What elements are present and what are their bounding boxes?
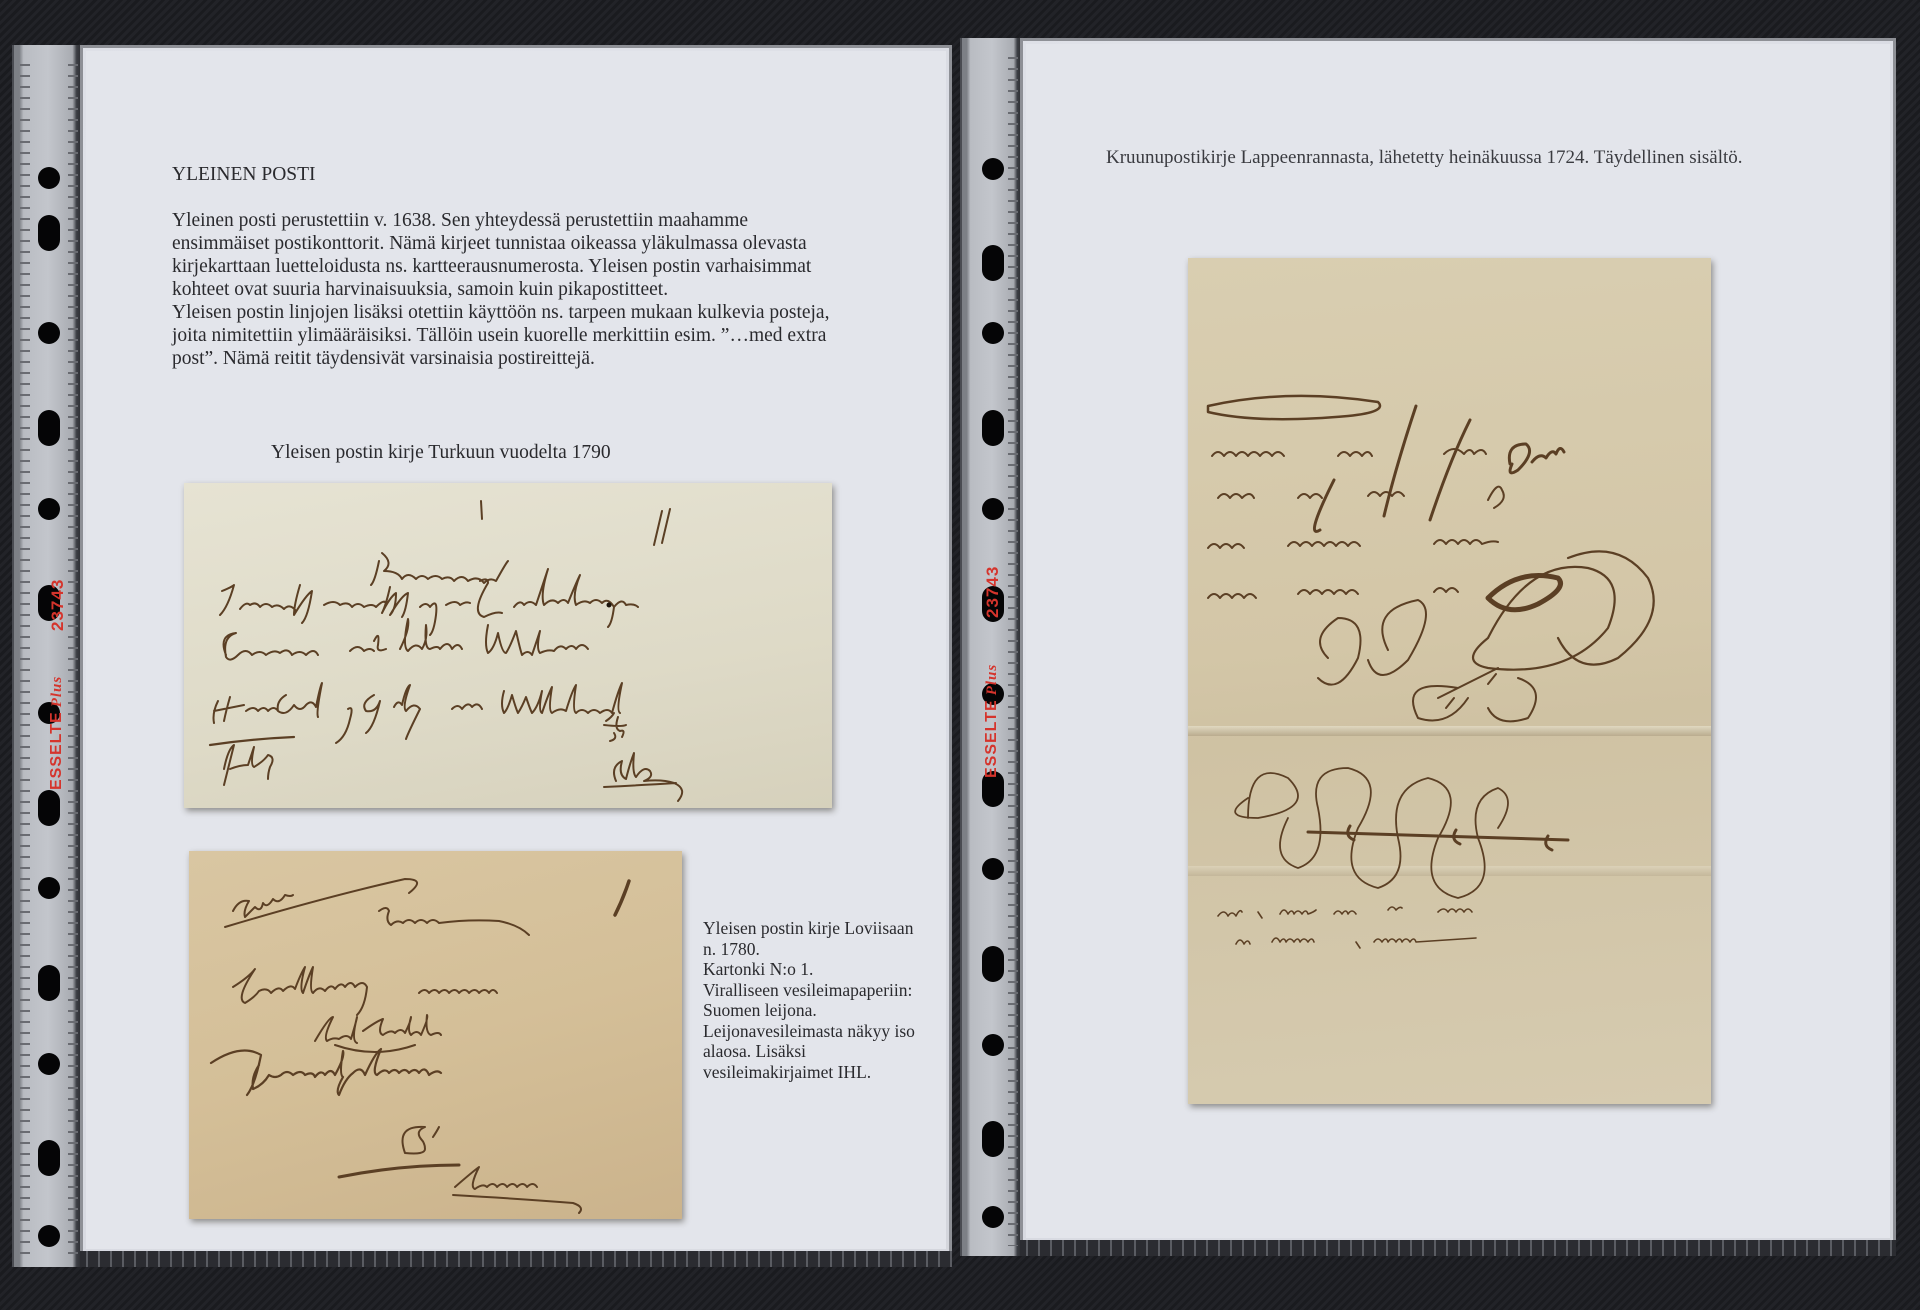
intro-paragraph: Yleinen posti perustettiin v. 1638. Sen … bbox=[172, 209, 892, 370]
punch-hole bbox=[982, 1206, 1004, 1228]
punch-hole bbox=[38, 1053, 60, 1075]
punch-hole bbox=[38, 167, 60, 189]
perforation bbox=[20, 55, 30, 1257]
intro-line: kohteet ovat suuria harvinaisuuksia, sam… bbox=[172, 278, 892, 301]
punch-hole bbox=[982, 1034, 1004, 1056]
page-paper: YLEINEN POSTI Yleinen posti perustettiin… bbox=[86, 51, 946, 1249]
handwriting-crown-letter bbox=[1188, 258, 1711, 1104]
punch-hole bbox=[982, 1121, 1004, 1157]
intro-line: ensimmäiset postikonttorit. Nämä kirjeet… bbox=[172, 232, 892, 255]
strip-brand-logo: ESSELTEPlus bbox=[983, 664, 1001, 778]
intro-line: post”. Nämä reitit täydensivät varsinais… bbox=[172, 347, 892, 370]
caption-line: Yleisen postin kirje Loviisaan bbox=[703, 918, 933, 939]
punch-hole bbox=[982, 858, 1004, 880]
turku-letter-caption: Yleisen postin kirje Turkuun vuodelta 17… bbox=[271, 441, 611, 464]
caption-line: Viralliseen vesileimapaperiin: bbox=[703, 980, 933, 1001]
handwriting-loviisa bbox=[189, 851, 682, 1219]
punch-hole bbox=[982, 158, 1004, 180]
caption-line: Kartonki N:o 1. bbox=[703, 959, 933, 980]
brand-suffix: Plus bbox=[984, 664, 1000, 696]
loviisa-letter-caption: Yleisen postin kirje Loviisaan n. 1780. … bbox=[703, 918, 933, 1082]
caption-line: alaosa. Lisäksi bbox=[703, 1041, 933, 1062]
punch-hole bbox=[38, 1225, 60, 1247]
punch-hole bbox=[38, 322, 60, 344]
punch-hole bbox=[982, 946, 1004, 982]
intro-line: Yleisen postin linjojen lisäksi otettiin… bbox=[172, 301, 892, 324]
perforation bbox=[1008, 48, 1018, 1246]
perforation bbox=[68, 55, 78, 1257]
intro-line: joita nimitettiin ylimääräisiksi. Tällöi… bbox=[172, 324, 892, 347]
punch-hole bbox=[38, 790, 60, 826]
sleeve-bottom-edge bbox=[1020, 1240, 1896, 1256]
turku-letter-image bbox=[184, 483, 832, 808]
intro-line: Yleinen posti perustettiin v. 1638. Sen … bbox=[172, 209, 892, 232]
page-heading: YLEINEN POSTI bbox=[172, 163, 316, 186]
binder-strip-right: 23743 ESSELTEPlus bbox=[960, 38, 1022, 1256]
punch-hole bbox=[38, 215, 60, 251]
brand-name: ESSELTE bbox=[48, 711, 65, 790]
left-album-page: YLEINEN POSTI Yleinen posti perustettiin… bbox=[80, 45, 952, 1267]
punch-hole bbox=[982, 410, 1004, 446]
right-sheet-protector: 23743 ESSELTEPlus Kruunupostikirje Lappe… bbox=[960, 38, 1902, 1256]
punch-hole bbox=[982, 498, 1004, 520]
brand-suffix: Plus bbox=[49, 676, 65, 708]
binder-strip-left: 23743 ESSELTEPlus bbox=[12, 45, 82, 1267]
intro-line: kirjekarttaan luetteloidusta ns. karttee… bbox=[172, 255, 892, 278]
sleeve-bottom-edge bbox=[80, 1251, 952, 1267]
page-paper: Kruunupostikirje Lappeenrannasta, lähete… bbox=[1026, 44, 1890, 1238]
punch-hole bbox=[982, 245, 1004, 281]
caption-line: vesileimakirjaimet IHL. bbox=[703, 1062, 933, 1083]
handwriting-turku bbox=[184, 483, 832, 808]
strip-number: 23743 bbox=[48, 579, 68, 631]
crown-post-letter-image bbox=[1188, 258, 1711, 1104]
caption-line: Leijonavesileimasta näkyy iso bbox=[703, 1021, 933, 1042]
punch-hole bbox=[38, 877, 60, 899]
punch-hole bbox=[38, 498, 60, 520]
right-page-title: Kruunupostikirje Lappeenrannasta, lähete… bbox=[1106, 146, 1743, 169]
strip-brand-logo: ESSELTEPlus bbox=[48, 676, 66, 790]
right-album-page: Kruunupostikirje Lappeenrannasta, lähete… bbox=[1020, 38, 1896, 1256]
loviisa-letter-image bbox=[189, 851, 682, 1219]
punch-hole bbox=[38, 1140, 60, 1176]
punch-hole bbox=[38, 410, 60, 446]
caption-line: n. 1780. bbox=[703, 939, 933, 960]
punch-hole bbox=[38, 965, 60, 1001]
caption-line: Suomen leijona. bbox=[703, 1000, 933, 1021]
strip-number: 23743 bbox=[983, 566, 1003, 618]
punch-hole bbox=[982, 322, 1004, 344]
brand-name: ESSELTE bbox=[983, 699, 1000, 778]
left-sheet-protector: 23743 ESSELTEPlus YLEINEN POSTI Yleinen … bbox=[12, 45, 960, 1267]
